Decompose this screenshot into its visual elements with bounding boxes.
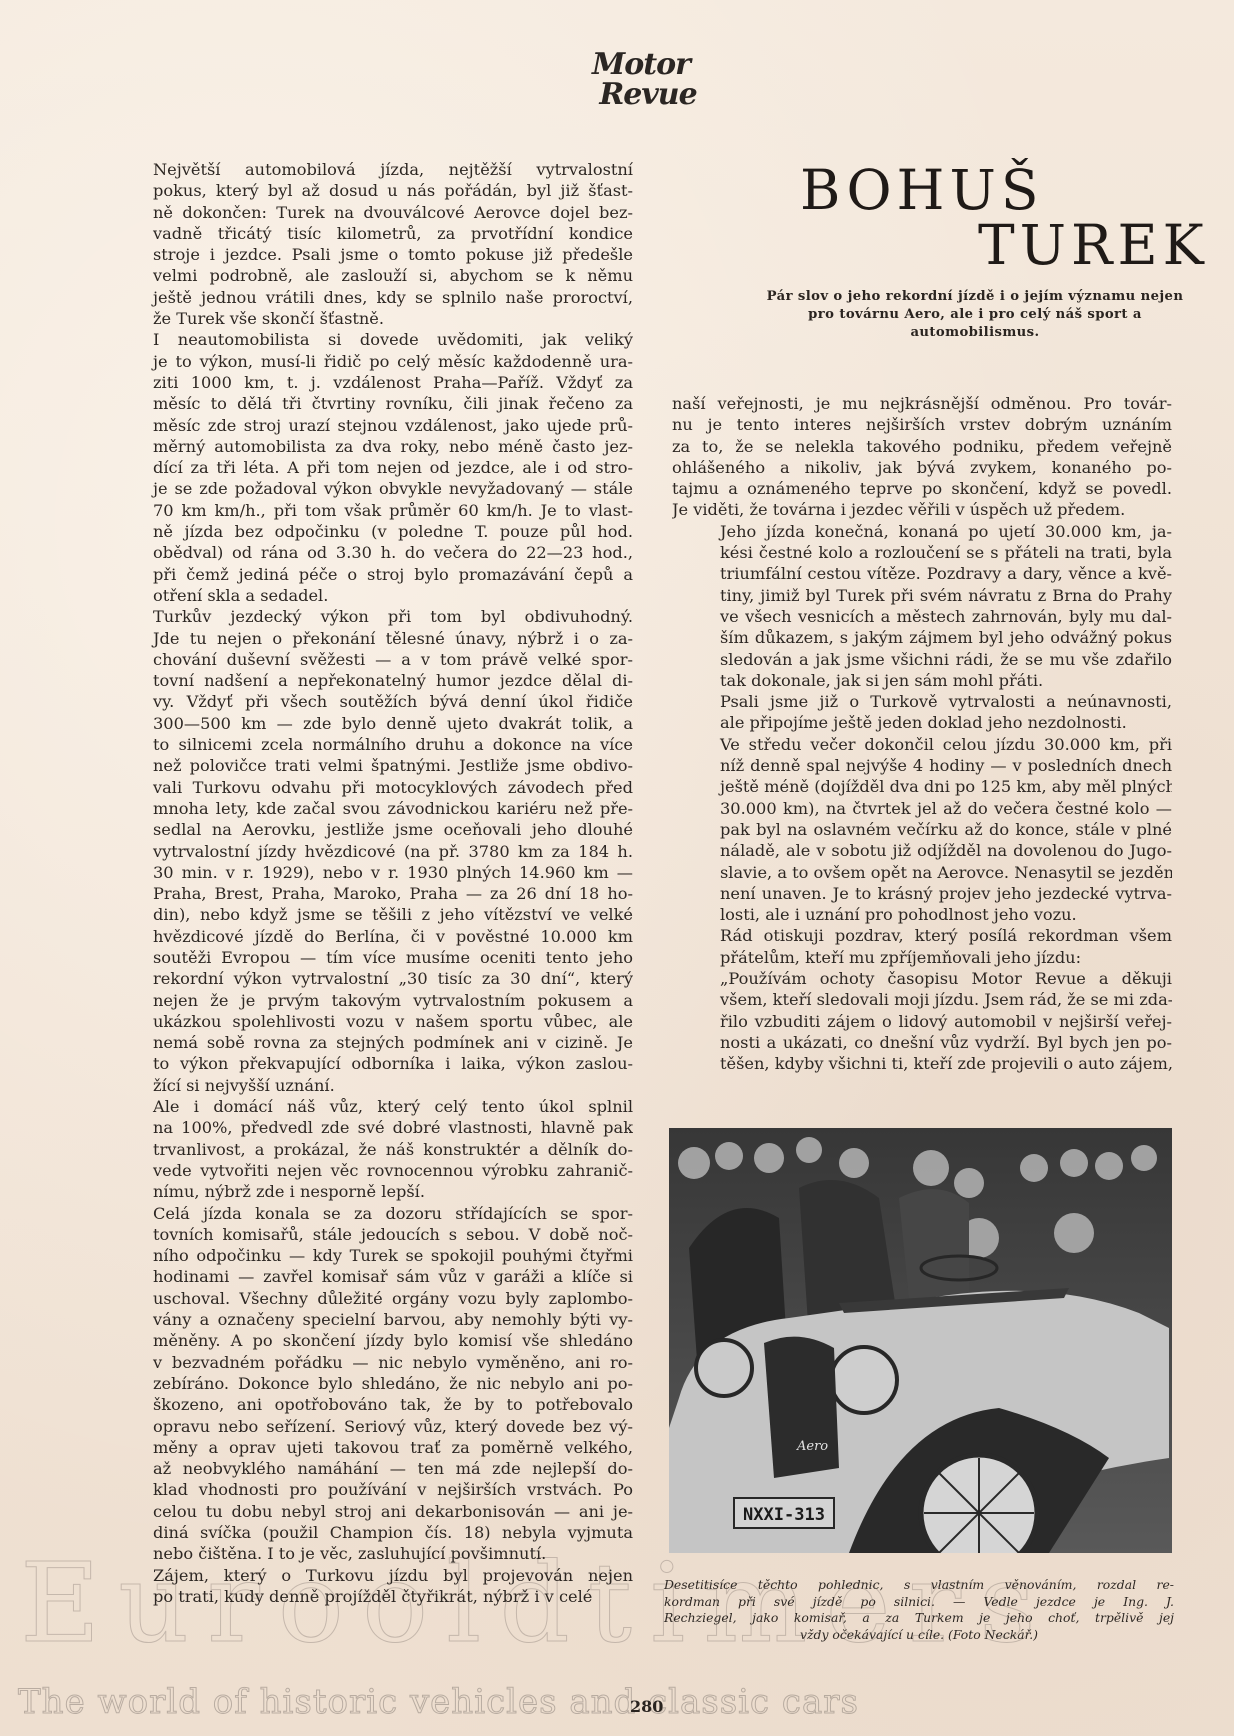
text-line: Turkův jezdecký výkon při tom byl obdivu… bbox=[105, 606, 633, 627]
text-line: Jde tu nejen o překonání tělesné únavy, … bbox=[105, 628, 633, 649]
caption-line: kordman při své jízdě po silnici. — Vedl… bbox=[664, 1594, 1174, 1611]
article-paragraph: Největší automobilová jízda, nejtěžší vy… bbox=[105, 159, 633, 329]
article-paragraph: Rád otiskuji pozdrav, který posílá rekor… bbox=[672, 925, 1172, 968]
text-line: ziti 1000 km, t. j. vzdálenost Praha—Pař… bbox=[105, 372, 633, 393]
text-line: při čemž jediná péče o stroj bylo promaz… bbox=[105, 564, 633, 585]
text-line: vytrvalostní jízdy hvězdicové (na př. 37… bbox=[105, 841, 633, 862]
text-line: ším důkazem, s jakým zájmem byl jeho odv… bbox=[672, 627, 1172, 648]
text-line: ale připojíme ještě jeden doklad jeho ne… bbox=[672, 712, 1172, 733]
article-paragraph: Jeho jízda konečná, konaná po ujetí 30.0… bbox=[672, 521, 1172, 691]
article-paragraph: Celá jízda konala se za dozoru střídajíc… bbox=[105, 1203, 633, 1565]
masthead-motor: Motor bbox=[576, 50, 706, 80]
license-plate: NXXI-313 bbox=[743, 1505, 825, 1525]
article-paragraph: Ale i domácí náš vůz, který celý tento ú… bbox=[105, 1096, 633, 1202]
text-line: chování duševní svěžesti — a v tom právě… bbox=[105, 649, 633, 670]
text-line: soutěži Evropou — tím více musíme ocenit… bbox=[105, 947, 633, 968]
text-line: triumfální cestou vítěze. Pozdravy a dar… bbox=[672, 563, 1172, 584]
text-line: ve všech vesnicích a městech zahrnován, … bbox=[672, 606, 1172, 627]
text-line: ně jízda bez odpočinku (v poledne T. pou… bbox=[105, 521, 633, 542]
text-line: než polovičce trati velmi špatnými. Jest… bbox=[105, 755, 633, 776]
caption-line: Desetitisíce těchto pohlednic, s vlastní… bbox=[664, 1577, 1174, 1594]
text-line: je se zde požadoval výkon obvykle nevyža… bbox=[105, 478, 633, 499]
text-line: otření skla a sedadel. bbox=[105, 585, 633, 606]
text-line: Ale i domácí náš vůz, který celý tento ú… bbox=[105, 1096, 633, 1117]
article-column-right: naší veřejnosti, je mu nejkrásnější odmě… bbox=[672, 393, 1172, 1075]
text-line: náladě, ale v sobotu již odjížděl na dov… bbox=[672, 840, 1172, 861]
text-line: ukázkou spolehlivosti vozu v našem sport… bbox=[105, 1011, 633, 1032]
text-line: měsíc to dělá tři čtvrtiny rovníku, čili… bbox=[105, 393, 633, 414]
masthead-revue: Revue bbox=[590, 80, 706, 110]
text-line: tovních komisařů, stále jedoucích s sebo… bbox=[105, 1224, 633, 1245]
photo-caption: Desetitisíce těchto pohlednic, s vlastní… bbox=[664, 1577, 1174, 1643]
article-title-last-name: TUREK bbox=[978, 215, 1209, 275]
text-line: na 100%, předvedl zde své dobré vlastnos… bbox=[105, 1117, 633, 1138]
text-line: Největší automobilová jízda, nejtěžší vy… bbox=[105, 159, 633, 180]
text-line: Jeho jízda konečná, konaná po ujetí 30.0… bbox=[672, 521, 1172, 542]
text-line: tajmu a oznámeného teprve po skončení, k… bbox=[672, 478, 1172, 499]
text-line: 30.000 km), na čtvrtek jel až do večera … bbox=[672, 798, 1172, 819]
text-line: vede vytvořiti nejen věc rovnocennou výr… bbox=[105, 1160, 633, 1181]
article-paragraph: „Používám ochoty časopisu Motor Revue a … bbox=[672, 968, 1172, 1074]
text-line: naší veřejnosti, je mu nejkrásnější odmě… bbox=[672, 393, 1172, 414]
text-line: zebíráno. Dokonce bylo shledáno, že nic … bbox=[105, 1373, 633, 1394]
article-paragraph: Psali jsme již o Turkově vytrvalosti a n… bbox=[672, 691, 1172, 734]
text-line: to výkon překvapující odborníka i laika,… bbox=[105, 1053, 633, 1074]
text-line: že Turek vše skončí šťastně. bbox=[105, 308, 633, 329]
text-line: měněny. A po skončení jízdy bylo komisí … bbox=[105, 1330, 633, 1351]
text-line: ního odpočinku — kdy Turek se spokojil p… bbox=[105, 1245, 633, 1266]
text-line: mnoha lety, kde začal svou závodnickou k… bbox=[105, 798, 633, 819]
text-line: tak dokonale, jak si jen sám mohl přáti. bbox=[672, 670, 1172, 691]
text-line: těšen, kdyby všichni ti, kteří zde proje… bbox=[672, 1053, 1172, 1074]
text-line: vadně třicátý tisíc kilometrů, za prvotř… bbox=[105, 223, 633, 244]
text-line: po trati, kudy denně projížděl čtyřikrát… bbox=[105, 1586, 633, 1607]
text-line: velmi podrobně, ale zaslouží si, abychom… bbox=[105, 265, 633, 286]
text-line: hvězdicové jízdě do Berlína, či v pověst… bbox=[105, 926, 633, 947]
text-line: din), nebo když jsme se těšili z jeho ví… bbox=[105, 904, 633, 925]
text-line: měsíc zde stroj urazí stejnou vzdálenost… bbox=[105, 415, 633, 436]
text-line: žící si nejvyšší uznání. bbox=[105, 1075, 633, 1096]
text-line: ohlášeného a nikoliv, jak bývá zvykem, k… bbox=[672, 457, 1172, 478]
text-line: ještě jednou vrátili dnes, kdy se splnil… bbox=[105, 287, 633, 308]
text-line: ještě méně (dojížděl dva dni po 125 km, … bbox=[672, 776, 1172, 797]
watermark-tagline: The world of historic vehicles and class… bbox=[18, 1682, 859, 1722]
text-line: Rád otiskuji pozdrav, který posílá rekor… bbox=[672, 925, 1172, 946]
text-line: diná svíčka (použil Champion čís. 18) ne… bbox=[105, 1522, 633, 1543]
caption-line: vždy očekávající u cíle. (Foto Neckář.) bbox=[664, 1627, 1174, 1644]
article-photo: NXXI-313 Aero bbox=[669, 1128, 1172, 1553]
text-line: nejen že je prvým takovým vytrvalostním … bbox=[105, 990, 633, 1011]
text-line: dící za tři léta. A při tom nejen od jez… bbox=[105, 457, 633, 478]
text-line: celou tu dobu nebyl stroj ani dekarbonis… bbox=[105, 1501, 633, 1522]
text-line: všem, kteří sledovali moji jízdu. Jsem r… bbox=[672, 989, 1172, 1010]
text-line: „Používám ochoty časopisu Motor Revue a … bbox=[672, 968, 1172, 989]
text-line: až neobvyklého namáhání — ten má zde nej… bbox=[105, 1458, 633, 1479]
article-column-left: Největší automobilová jízda, nejtěžší vy… bbox=[105, 159, 633, 1607]
text-line: 300—500 km — zde bylo denně ujeto dvakrá… bbox=[105, 713, 633, 734]
text-line: nosti a ukázati, co dnešní vůz vydrží. B… bbox=[672, 1032, 1172, 1053]
magazine-masthead-logo: Motor Revue bbox=[576, 50, 706, 110]
text-line: pak byl na oslavném večírku až do konce,… bbox=[672, 819, 1172, 840]
text-line: Celá jízda konala se za dozoru střídajíc… bbox=[105, 1203, 633, 1224]
article-paragraph: Ve středu večer dokončil celou jízdu 30.… bbox=[672, 734, 1172, 926]
text-line: I neautomobilista si dovede uvědomiti, j… bbox=[105, 329, 633, 350]
text-line: ně dokončen: Turek na dvouválcové Aerovc… bbox=[105, 202, 633, 223]
article-paragraph: naší veřejnosti, je mu nejkrásnější odmě… bbox=[672, 393, 1172, 521]
text-line: stroje i jezdce. Psali jsme o tomto poku… bbox=[105, 244, 633, 265]
text-line: nebo čištěna. I to je věc, zasluhující p… bbox=[105, 1543, 633, 1564]
text-line: pokus, který byl až dosud u nás pořádán,… bbox=[105, 180, 633, 201]
text-line: uschoval. Všechny důležité orgány vozu b… bbox=[105, 1288, 633, 1309]
text-line: Praha, Brest, Praha, Maroko, Praha — za … bbox=[105, 883, 633, 904]
article-title-first-name: BOHUŠ bbox=[800, 160, 1044, 220]
text-line: nemá sobě rovna za stejných podmínek ani… bbox=[105, 1032, 633, 1053]
text-line: kési čestné kolo a rozloučení se s přáte… bbox=[672, 542, 1172, 563]
text-line: měrný automobilista za dva roky, nebo mé… bbox=[105, 436, 633, 457]
text-line: Je viděti, že továrna i jezdec věřili v … bbox=[672, 499, 1172, 520]
text-line: Ve středu večer dokončil celou jízdu 30.… bbox=[672, 734, 1172, 755]
text-line: Psali jsme již o Turkově vytrvalosti a n… bbox=[672, 691, 1172, 712]
text-line: trvanlivost, a prokázal, že náš konstruk… bbox=[105, 1139, 633, 1160]
text-line: nímu, nýbrž zde i nesporně lepší. bbox=[105, 1181, 633, 1202]
text-line: rekordní výkon vytrvalostní „30 tisíc za… bbox=[105, 968, 633, 989]
text-line: škozeno, ani opotřobováno tak, že by to … bbox=[105, 1394, 633, 1415]
text-line: vali Turkovu odvahu při motocyklových zá… bbox=[105, 777, 633, 798]
text-line: měny a oprav ujeti takovou trať za poměr… bbox=[105, 1437, 633, 1458]
caption-line: Rechziegel, jako komisař, a za Turkem je… bbox=[664, 1610, 1174, 1627]
text-line: Zájem, který o Turkovu jízdu byl projevo… bbox=[105, 1565, 633, 1586]
text-line: 70 km km/h., při tom však průměr 60 km/h… bbox=[105, 500, 633, 521]
text-line: v bezvadném pořádku — nic nebylo vyměněn… bbox=[105, 1352, 633, 1373]
text-line: slavie, a to ovšem opět na Aerovce. Nena… bbox=[672, 862, 1172, 883]
aero-badge: Aero bbox=[796, 1439, 828, 1454]
text-line: obědval) od rána od 3.30 h. do večera do… bbox=[105, 542, 633, 563]
text-line: tiny, jimiž byl Turek při svém návratu z… bbox=[672, 585, 1172, 606]
text-line: to silnicemi zcela normálního druhu a do… bbox=[105, 734, 633, 755]
page-number: 280 bbox=[630, 1697, 663, 1716]
text-line: opravu nebo seřízení. Seriový vůz, který… bbox=[105, 1416, 633, 1437]
text-line: nu je tento interes nejširších vrstev do… bbox=[672, 414, 1172, 435]
text-line: tovní nadšení a nepřekonatelný humor jez… bbox=[105, 670, 633, 691]
text-line: vy. Vždyť při všech soutěžích bývá denní… bbox=[105, 691, 633, 712]
text-line: níž denně spal nejvýše 4 hodiny — v posl… bbox=[672, 755, 1172, 776]
article-paragraph: I neautomobilista si dovede uvědomiti, j… bbox=[105, 329, 633, 606]
text-line: losti, ale i uznání pro pohodlnost jeho … bbox=[672, 904, 1172, 925]
text-line: vány a označeny specielní barvou, aby ne… bbox=[105, 1309, 633, 1330]
article-subtitle: Pár slov o jeho rekordní jízdě i o jejím… bbox=[760, 288, 1190, 342]
text-line: není unaven. Je to krásný projev jeho je… bbox=[672, 883, 1172, 904]
text-line: klad vhodnosti pro používání v nejširšíc… bbox=[105, 1479, 633, 1500]
text-line: sedlal na Aerovku, jestliže jsme oceňova… bbox=[105, 819, 633, 840]
text-line: řilo vzbuditi zájem o lidový automobil v… bbox=[672, 1011, 1172, 1032]
text-line: za to, že se nelekla takového podniku, p… bbox=[672, 436, 1172, 457]
text-line: je to výkon, musí-li řidič po celý měsíc… bbox=[105, 351, 633, 372]
article-paragraph: Zájem, který o Turkovu jízdu byl projevo… bbox=[105, 1565, 633, 1608]
text-line: přátelům, kteří mu zpříjemňovali jeho jí… bbox=[672, 947, 1172, 968]
text-line: sledován a jak jsme všichni rádi, že se … bbox=[672, 649, 1172, 670]
article-paragraph: Turkův jezdecký výkon při tom byl obdivu… bbox=[105, 606, 633, 1096]
car-photo-illustration: NXXI-313 Aero bbox=[669, 1128, 1172, 1553]
text-line: hodinami — zavřel komisař sám vůz v gará… bbox=[105, 1266, 633, 1287]
text-line: 30 min. v r. 1929), nebo v r. 1930 plnýc… bbox=[105, 862, 633, 883]
